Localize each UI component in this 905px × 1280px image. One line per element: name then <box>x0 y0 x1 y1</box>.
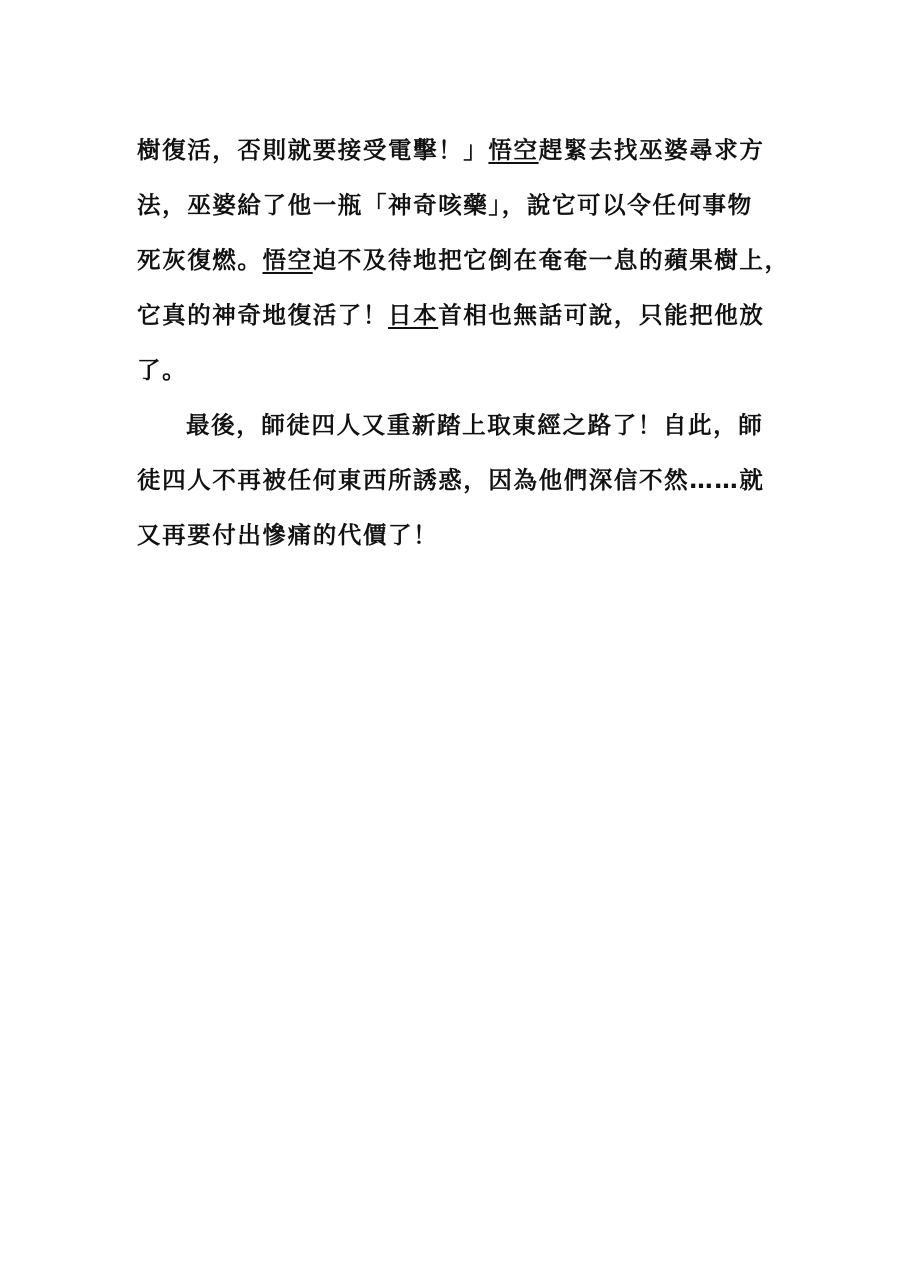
text-run: 趕緊去找巫婆尋求方 <box>539 136 765 164</box>
paragraph-1-line-2: 法，巫婆給了他一瓶「神奇咳藥」，說它可以令任何事物 <box>137 185 753 225</box>
proper-noun-wukong: 悟空 <box>488 136 538 164</box>
text-run: 法，巫婆給了他一瓶「神奇咳藥」，說它可以令任何事物 <box>137 191 753 219</box>
text-run: 死灰復燃。 <box>137 246 263 274</box>
text-run: 徒四人不再被任何東西所誘惑，因為他們深信不然……就 <box>137 466 765 494</box>
paragraph-2-line-1: 最後，師徒四人又重新踏上取東經之路了！自此，師 <box>186 405 763 445</box>
document-page: 樹復活，否則就要接受電擊！」悟空趕緊去找巫婆尋求方 法，巫婆給了他一瓶「神奇咳藥… <box>0 0 905 1280</box>
text-run: 迫不及待地把它倒在奄奄一息的蘋果樹上， <box>313 246 790 274</box>
paragraph-2-line-2: 徒四人不再被任何東西所誘惑，因為他們深信不然……就 <box>137 460 765 500</box>
paragraph-1-line-3: 死灰復燃。悟空迫不及待地把它倒在奄奄一息的蘋果樹上， <box>137 240 790 280</box>
paragraph-1-line-1: 樹復活，否則就要接受電擊！」悟空趕緊去找巫婆尋求方 <box>137 130 765 170</box>
text-run: 了。 <box>137 356 187 384</box>
text-run: 樹復活，否則就要接受電擊！」 <box>137 136 488 164</box>
paragraph-2-line-3: 又再要付出慘痛的代價了！ <box>137 515 438 555</box>
text-run: 首相也無話可說，只能把他放 <box>438 301 764 329</box>
paragraph-1-line-5: 了。 <box>137 350 187 390</box>
proper-noun-wukong: 悟空 <box>263 246 313 274</box>
text-run: 又再要付出慘痛的代價了！ <box>137 521 438 549</box>
text-run: 最後，師徒四人又重新踏上取東經之路了！自此，師 <box>186 411 763 439</box>
text-run: 它真的神奇地復活了！ <box>137 301 388 329</box>
proper-noun-japan: 日本 <box>388 301 438 329</box>
paragraph-1-line-4: 它真的神奇地復活了！日本首相也無話可說，只能把他放 <box>137 295 765 335</box>
